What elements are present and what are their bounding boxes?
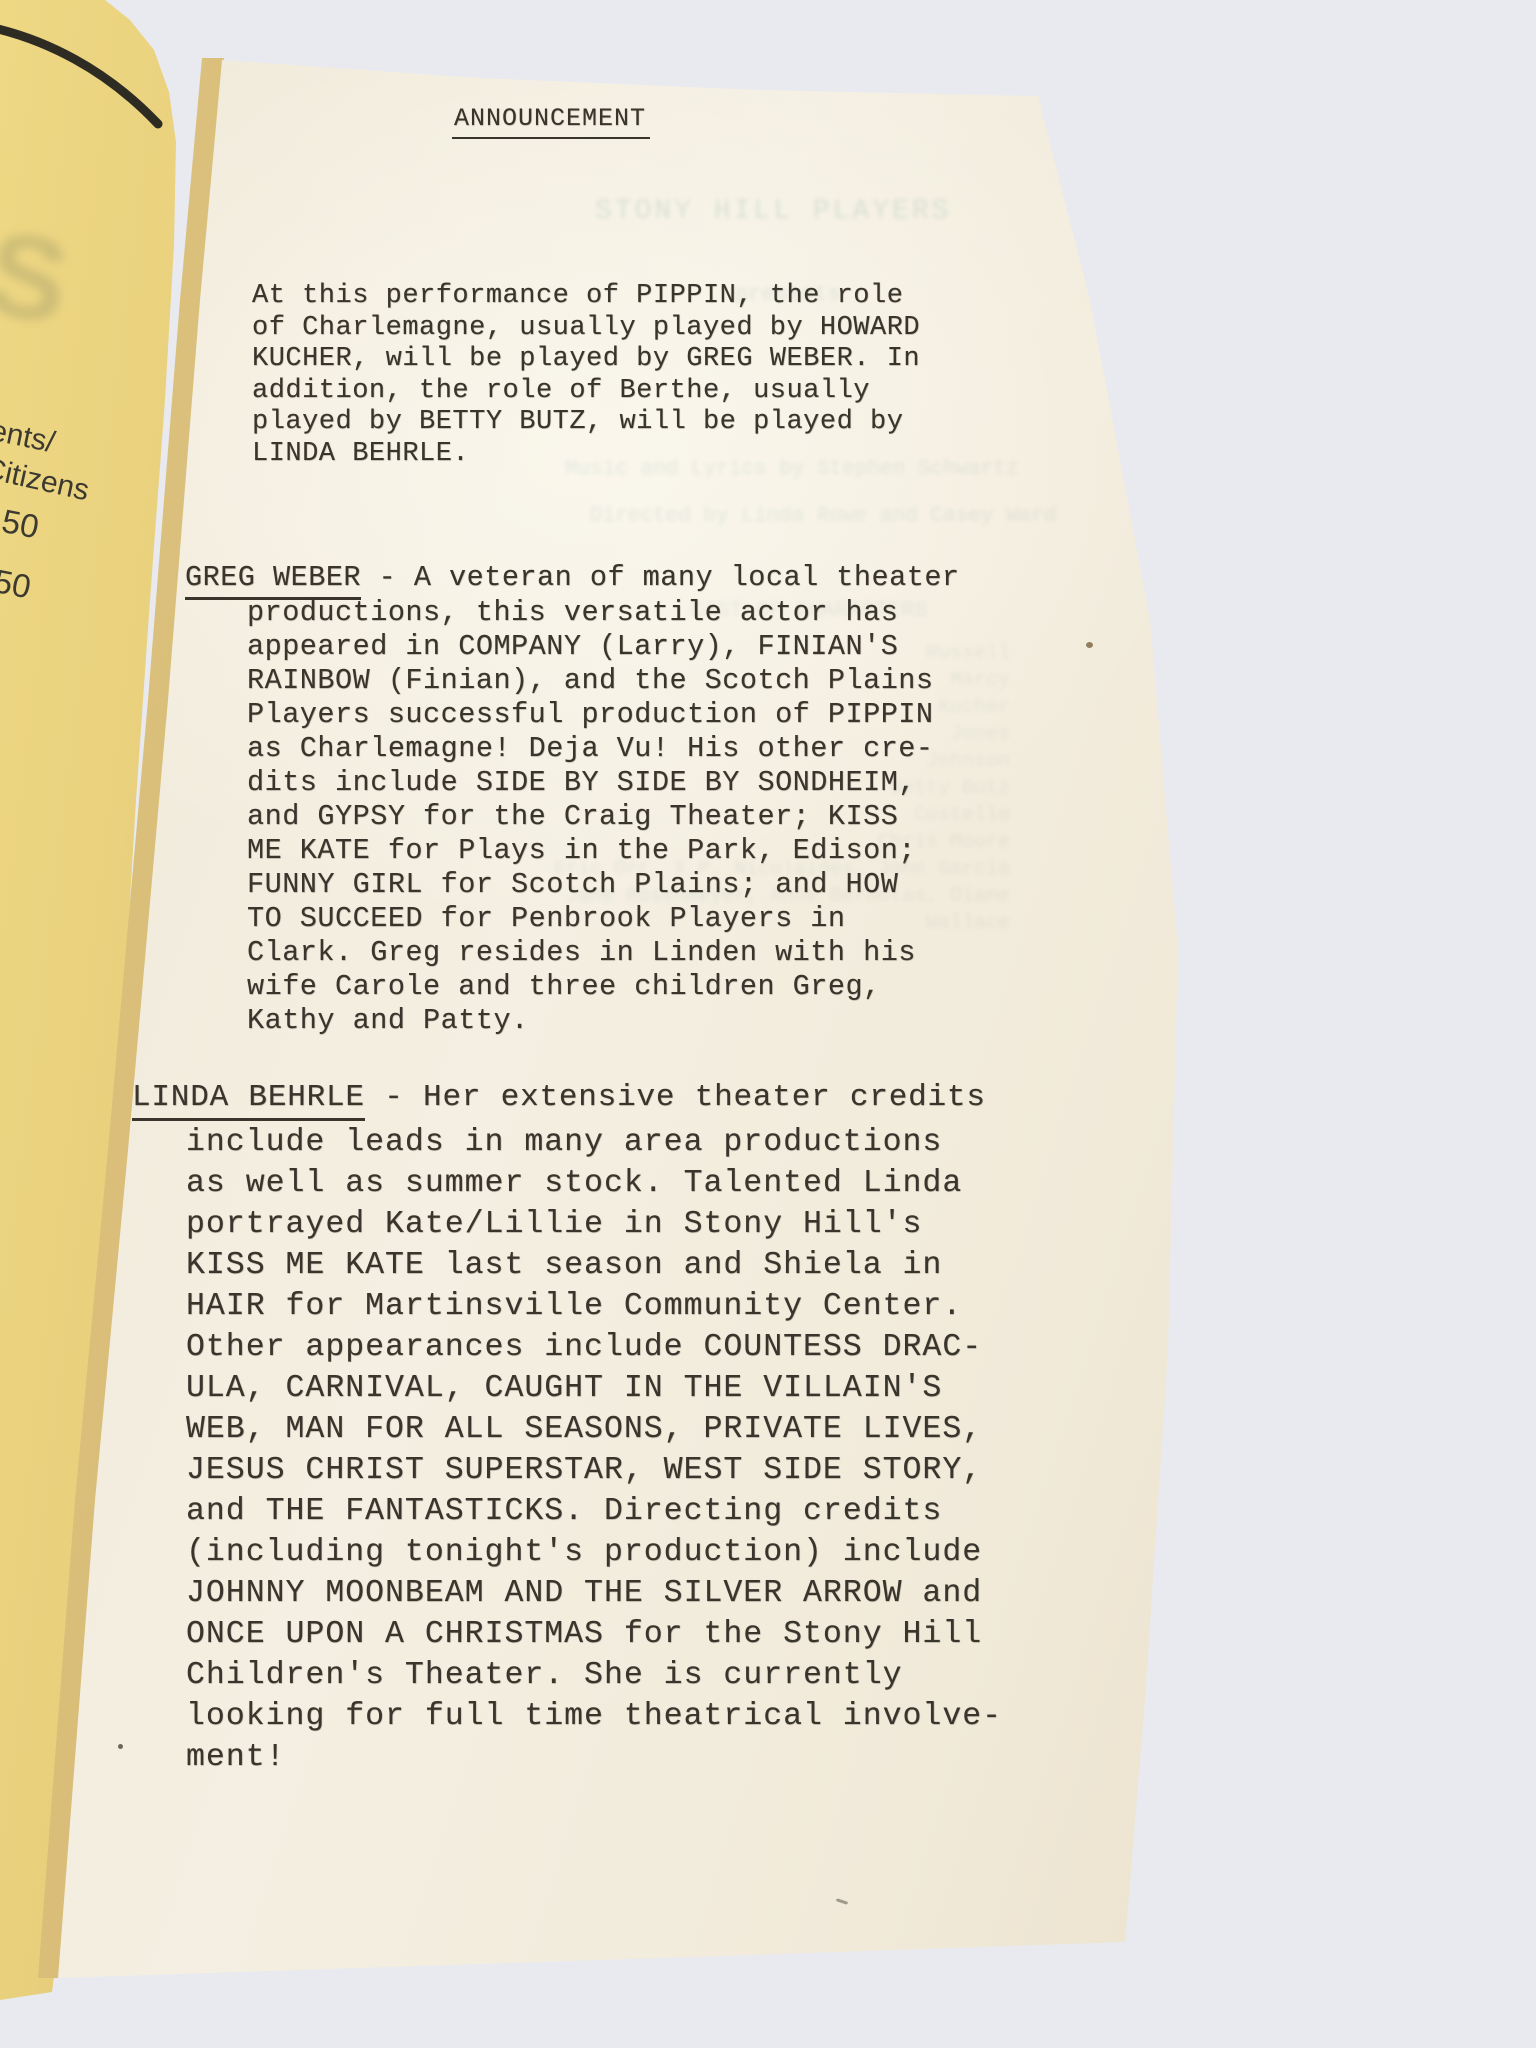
cover-text-fragment: Citizens <box>0 452 92 508</box>
cover-bleedthrough-letter: S <box>0 205 77 352</box>
linda-behrle-first-line-text: - Her extensive theater credits <box>365 1080 986 1115</box>
cover-price-fragment: 50 <box>0 502 42 546</box>
paper-speck <box>1086 642 1093 648</box>
page-title: ANNOUNCEMENT <box>452 104 650 139</box>
linda-behrle-bio-paragraph: include leads in many area productions a… <box>186 1122 1002 1778</box>
greg-weber-heading: GREG WEBER <box>185 561 361 600</box>
paper-mark <box>836 1898 848 1905</box>
linda-behrle-first-line: LINDA BEHRLE - Her extensive theater cre… <box>132 1080 986 1115</box>
greg-weber-first-line-text: - A veteran of many local theater <box>361 561 960 594</box>
linda-behrle-heading: LINDA BEHRLE <box>132 1080 365 1121</box>
bleedthrough-line: Directed by Linda Rowe and Casey Ward <box>590 505 1056 528</box>
greg-weber-bio-paragraph: productions, this versatile actor has ap… <box>247 596 934 1038</box>
announcement-paragraph: At this performance of PIPPIN, the role … <box>252 281 920 470</box>
cover-text-fragment: ents/ <box>0 414 58 460</box>
announcement-page: STONY HILL PLAYERS presents Music and Ly… <box>0 0 1536 2048</box>
greg-weber-first-line: GREG WEBER - A veteran of many local the… <box>185 561 960 594</box>
cover-graphic-arc <box>0 0 220 180</box>
photographed-playbill-page: S ents/ Citizens 50 50 STONY HILL PLAYER… <box>0 0 1536 2048</box>
bleedthrough-title: STONY HILL PLAYERS <box>595 196 951 227</box>
cover-price-fragment: 50 <box>0 562 34 606</box>
paper-speck <box>118 1744 123 1749</box>
